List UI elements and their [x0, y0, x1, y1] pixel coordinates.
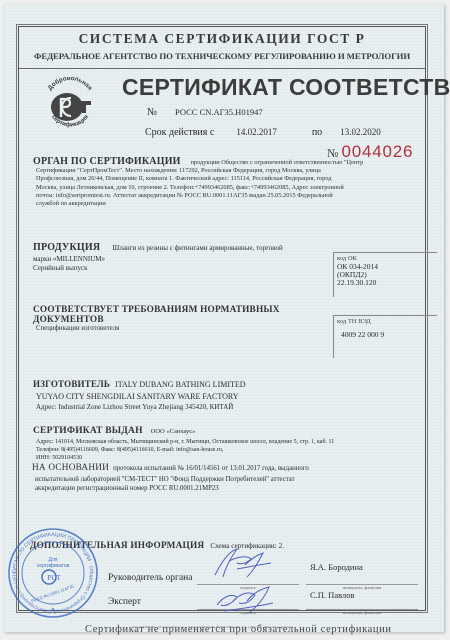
manufacturer-label: ИЗГОТОВИТЕЛЬ — [33, 379, 110, 389]
manufacturer-section: ИЗГОТОВИТЕЛЬITALY DUBANG BATHING LIMITED… — [33, 374, 403, 412]
expert-label: Эксперт — [108, 597, 141, 607]
basis-line: испытательной лабораторией "СМ-ТЕСТ" НО … — [35, 475, 372, 484]
validity-period: Срок действия с14.02.2017по13.02.2020 — [145, 127, 381, 138]
certificate-title: СЕРТИФИКАТ СООТВЕТСТВИЯ — [122, 74, 450, 101]
certification-body-section: ОРГАН ПО СЕРТИФИКАЦИИпродукции Общество … — [33, 158, 415, 208]
certificate-paper: СИСТЕМА СЕРТИФИКАЦИИ ГОСТ Р ФЕДЕРАЛЬНОЕ … — [4, 4, 444, 632]
tnved-code-box: код ТН ВЭД 4009 22 000 9 — [333, 315, 437, 358]
valid-from: 14.02.2017 — [236, 127, 277, 137]
manufacturer-address: Адрес: Industrial Zone Lizhou Street Yuy… — [36, 402, 403, 412]
ok-code-line: 22.19.30.120 — [337, 279, 437, 287]
basis-label: НА ОСНОВАНИИ — [32, 463, 109, 473]
certification-body-line: службой по аккредитации — [33, 200, 415, 208]
issued-to-section: СЕРТИФИКАТ ВЫДАНООО «Санхаус» Адрес: 141… — [33, 420, 403, 462]
svg-text:Добровольная: Добровольная — [47, 77, 94, 92]
conformity-text: Спецификации изготовителя — [36, 325, 333, 332]
svg-text:сертификатов: сертификатов — [37, 563, 70, 569]
valid-to: 13.02.2020 — [340, 127, 381, 137]
basis-line: аккредитации регистрационный номер РОСС … — [35, 484, 372, 493]
product-label: ПРОДУКЦИЯ — [33, 242, 100, 253]
expert-signature-icon — [211, 583, 281, 619]
issued-to-line: Адрес: 141014, Московская область, Мытищ… — [36, 438, 403, 446]
issued-to-line: Телефон: 8(495)4116609, Факс: 8(495)4116… — [36, 446, 403, 454]
certification-body-line: продукции Общество с ограниченной ответс… — [191, 159, 364, 166]
head-name: Я.А. Бородина — [310, 562, 363, 572]
product-line: марки «MILLENNIUM» — [33, 255, 323, 263]
product-line: Серийный выпуск — [33, 264, 323, 272]
printer-fineprint: АО «ОПЦИОН», Москва, 2017, «А», лицензия… — [132, 625, 293, 629]
head-of-body-label: Руководитель органа — [108, 573, 192, 583]
agency-title: ФЕДЕРАЛЬНОЕ АГЕНТСТВО ПО ТЕХНИЧЕСКОМУ РЕ… — [19, 51, 425, 61]
certification-system-title: СИСТЕМА СЕРТИФИКАЦИИ ГОСТ Р — [19, 31, 425, 47]
certification-body-line: почты: info@sertpromtest.ru. Аттестат ак… — [33, 192, 415, 200]
number-symbol: № — [147, 107, 157, 118]
manufacturer-name-line2: YUYAO CITY SHENGDILAI SANITARY WARE FACT… — [36, 392, 403, 402]
ok-code-box: код ОК ОК 034-2014 (ОКПД2) 22.19.30.120 — [333, 252, 437, 297]
conformity-section: СООТВЕТСТВУЕТ ТРЕБОВАНИЯМ НОРМАТИВНЫХ ДО… — [33, 305, 333, 332]
conformity-label: СООТВЕТСТВУЕТ ТРЕБОВАНИЯМ НОРМАТИВНЫХ ДО… — [33, 305, 333, 325]
registration-number-value: РОСС CN.АГ35.Н01947 — [175, 107, 263, 117]
certification-body-label: ОРГАН ПО СЕРТИФИКАЦИИ — [33, 156, 181, 167]
expert-name-caption: инициалы, фамилия — [306, 610, 418, 615]
svg-text:★: ★ — [51, 607, 56, 613]
issued-to-label: СЕРТИФИКАТ ВЫДАН — [33, 426, 143, 436]
head-signature-icon — [207, 543, 277, 583]
expert-name: С.П. Павлов — [310, 590, 355, 600]
svg-text:РСТ: РСТ — [48, 574, 62, 582]
svg-text:РОСС RU.0001.11АГ35: РОСС RU.0001.11АГ35 — [31, 583, 76, 603]
registration-number: №РОСС CN.АГ35.Н01947 — [147, 107, 263, 118]
certification-body-line: Профсоюзная, дом 26/44, Помещение II, ко… — [33, 175, 415, 183]
rst-logo-icon: Добровольная сертификация — [41, 77, 99, 135]
validity-to-label: по — [312, 127, 322, 138]
manufacturer-name-line1: ITALY DUBANG BATHING LIMITED — [115, 380, 245, 389]
tnved-code-label: код ТН ВЭД — [337, 318, 437, 326]
header-divider — [19, 68, 425, 69]
certification-body-line: Сертификации "СертПромТест". Место нахож… — [33, 167, 415, 175]
basis-section: НА ОСНОВАНИИпротокола испытаний № 16/01/… — [32, 457, 372, 493]
issued-to-name: ООО «Санхаус» — [151, 428, 196, 435]
basis-line: протокола испытаний № 16/01/14561 от 13.… — [113, 465, 309, 472]
certificate-frame: СИСТЕМА СЕРТИФИКАЦИИ ГОСТ Р ФЕДЕРАЛЬНОЕ … — [18, 26, 426, 611]
certification-body-stamp-icon: ОРГАН ПО СЕРТИФИКАЦИИ ПРОДУКЦИИ · Общест… — [7, 527, 99, 619]
product-section: ПРОДУКЦИЯШланги из резины с фитингами ар… — [33, 237, 323, 272]
certification-body-line: Москва, улица Летниковская, дом 10, стро… — [33, 184, 415, 192]
validity-label: Срок действия с — [145, 127, 214, 138]
tnved-code-value: 4009 22 000 9 — [341, 331, 437, 339]
product-line: Шланги из резины с фитингами армированны… — [112, 244, 283, 252]
